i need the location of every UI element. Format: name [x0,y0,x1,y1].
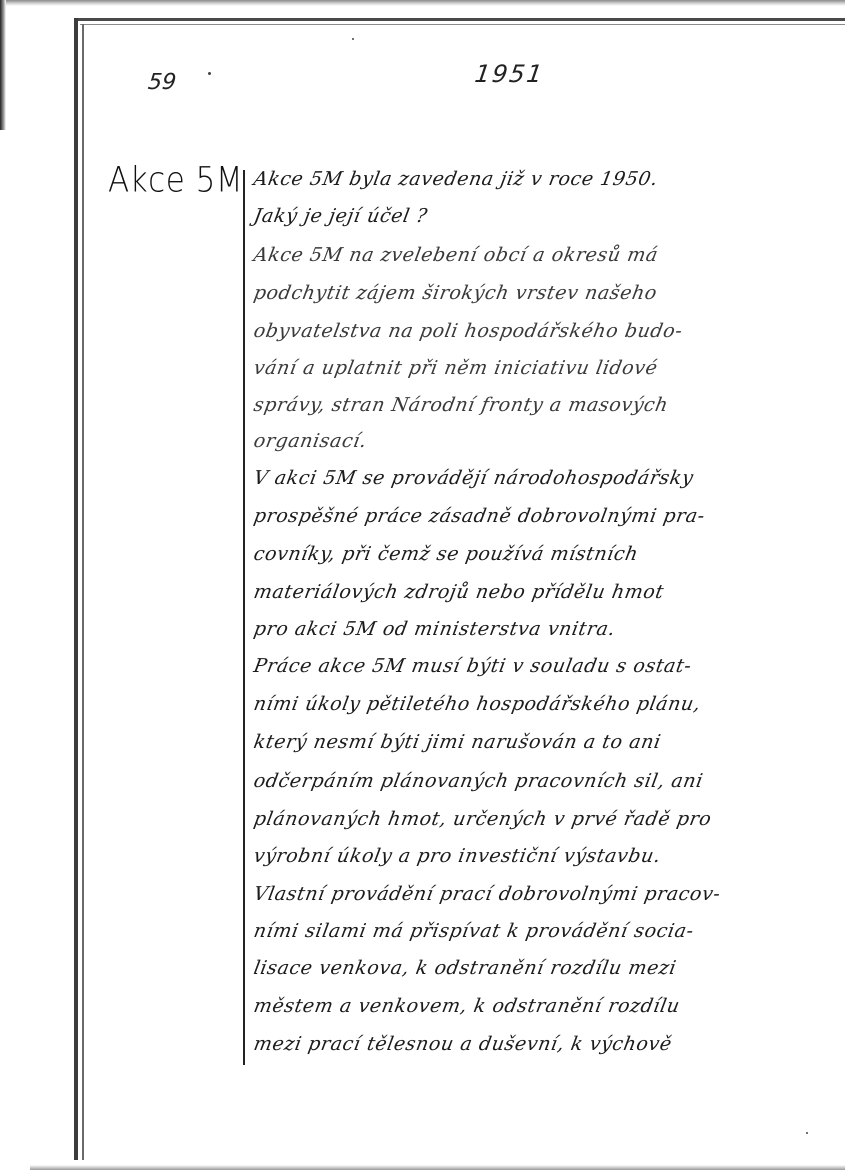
text-line: Vlastní provádění prací dobrovolnými pra… [252,883,722,905]
text-line: obyvatelstva na poli hospodářského budo- [252,320,684,342]
text-line: Akce 5M byla zavedena již v roce 1950. [252,168,660,190]
page-frame-top [74,18,845,21]
text-line: Jaký je její účel ? [252,205,429,227]
text-line: V akci 5M se provádějí národohospodářsky [252,467,695,489]
text-line: podchytit zájem širokých vrstev našeho [252,282,659,304]
text-line: covníky, při čemž se používá místních [252,543,640,565]
ink-speck [352,38,354,40]
text-line: materiálových zdrojů nebo přídělu hmot [252,581,666,603]
text-line: ními silami má přispívat k provádění soc… [252,920,696,942]
scan-edge-left [0,0,6,130]
margin-divider [243,170,245,1065]
margin-heading: Akce 5M [108,160,243,200]
page-frame-left-inner [82,24,84,1160]
ink-speck [806,1132,808,1134]
text-line: mezi prací tělesnou a duševní, k výchově [252,1033,674,1055]
text-line: lisace venkova, k odstranění rozdílu mez… [252,957,678,979]
scan-edge-top [0,0,845,6]
text-line: plánovaných hmot, určených v prvé řadě p… [252,808,713,830]
text-line: odčerpáním plánovaných pracovních sil, a… [252,770,705,792]
text-line: Akce 5M na zvelebení obcí a okresů má [252,244,660,266]
text-line: správy, stran Národní fronty a masových [252,394,670,416]
ink-speck [208,72,211,75]
text-line: vání a uplatnit při něm iniciativu lidov… [252,357,659,379]
page-frame-left [74,18,78,1160]
chronicle-year: 1951 [473,60,546,88]
page-frame-top-inner [80,24,845,25]
text-line: Práce akce 5M musí býti v souladu s osta… [252,655,693,677]
scan-edge-bottom [30,1165,845,1170]
page-number: 59 [147,70,178,95]
text-line: prospěšné práce zásadně dobrovolnými pra… [252,505,707,527]
text-line: ními úkoly pětiletého hospodářského plán… [252,693,703,715]
text-line: organisací. [252,430,369,452]
text-line: pro akci 5M od ministerstva vnitra. [252,618,617,640]
text-line: městem a venkovem, k odstranění rozdílu [252,995,682,1017]
text-line: výrobní úkoly a pro investiční výstavbu. [252,845,663,867]
text-line: který nesmí býti jimi narušován a to ani [252,731,663,753]
